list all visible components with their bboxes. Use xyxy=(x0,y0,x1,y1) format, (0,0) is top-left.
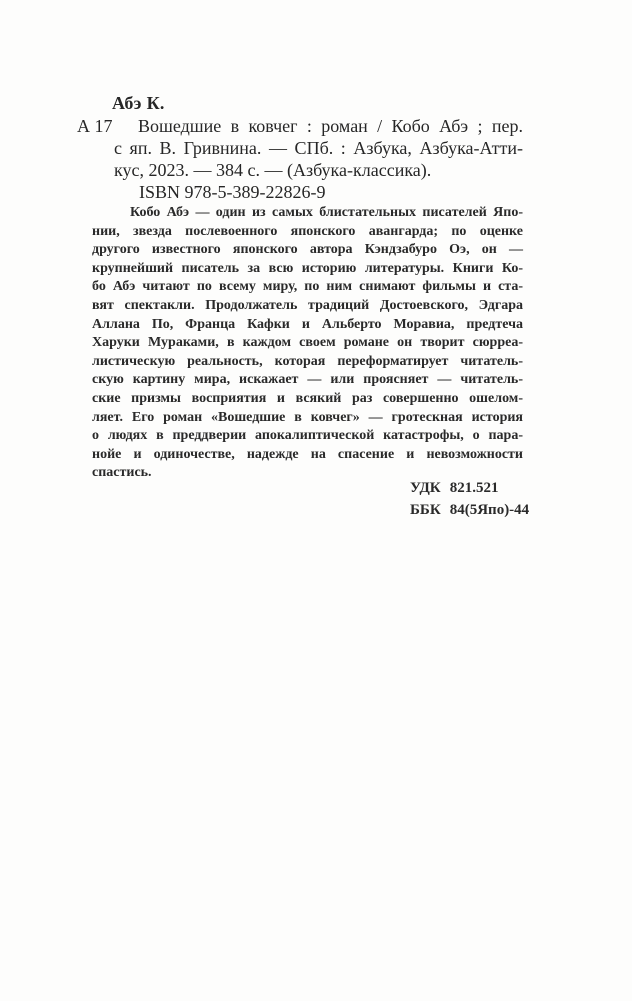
annotation-line: о людях в преддверии апокалиптической ка… xyxy=(92,427,523,446)
annotation-line: крупнейший писатель за всю историю литер… xyxy=(92,260,523,279)
annotation-line: нии, звезда послевоенного японского аван… xyxy=(92,223,523,242)
annotation-line: Аллана По, Франца Кафки и Альберто Морав… xyxy=(92,316,523,335)
annotation-line: Харуки Мураками, в каждом своем романе о… xyxy=(92,334,523,353)
bbk-line: ББК84(5Япо)-44 xyxy=(410,499,529,521)
annotation-line: ские призмы восприятия и всякий раз сове… xyxy=(92,390,523,409)
record-line: Вошедшие в ковчег : роман / Кобо Абэ ; п… xyxy=(114,115,523,137)
annotation-line: другого известного японского автора Кэнд… xyxy=(92,241,523,260)
book-copyright-page: Абэ К. А 17 Вошедшие в ковчег : роман / … xyxy=(0,0,632,1001)
annotation-line: листическую реальность, которая переформ… xyxy=(92,353,523,372)
record-code: А 17 xyxy=(77,115,113,137)
annotation-line: бо Абэ читают по всему миру, по ним сним… xyxy=(92,278,523,297)
classification-codes: УДК821.521 ББК84(5Япо)-44 xyxy=(410,477,529,521)
author-heading: Абэ К. xyxy=(112,92,165,114)
annotation-line: Кобо Абэ — один из самых блистательных п… xyxy=(92,204,523,223)
record-text: Вошедшие в ковчег : роман / Кобо Абэ ; п… xyxy=(114,115,523,203)
annotation-line: скую картину мира, искажает — или проясн… xyxy=(92,371,523,390)
bbk-value: 84(5Япо)-44 xyxy=(450,502,529,518)
udc-line: УДК821.521 xyxy=(410,477,529,499)
annotation-line: нойе и одиночестве, надежде на спасение … xyxy=(92,446,523,465)
annotation-paragraph: Кобо Абэ — один из самых блистательных п… xyxy=(92,204,523,483)
record-line: с яп. В. Гривнина. — СПб. : Азбука, Азбу… xyxy=(114,137,523,159)
annotation-line: вят спектакли. Продолжатель традиций Дос… xyxy=(92,297,523,316)
record-line: кус, 2023. — 384 с. — (Азбука-классика). xyxy=(114,159,523,181)
udc-value: 821.521 xyxy=(450,480,499,496)
bibliographic-record: А 17 Вошедшие в ковчег : роман / Кобо Аб… xyxy=(77,115,523,203)
isbn-line: ISBN 978-5-389-22826-9 xyxy=(114,181,523,203)
annotation-line: ляет. Его роман «Вошедшие в ковчег» — гр… xyxy=(92,409,523,428)
bbk-label: ББК xyxy=(410,502,441,518)
udc-label: УДК xyxy=(410,480,441,496)
